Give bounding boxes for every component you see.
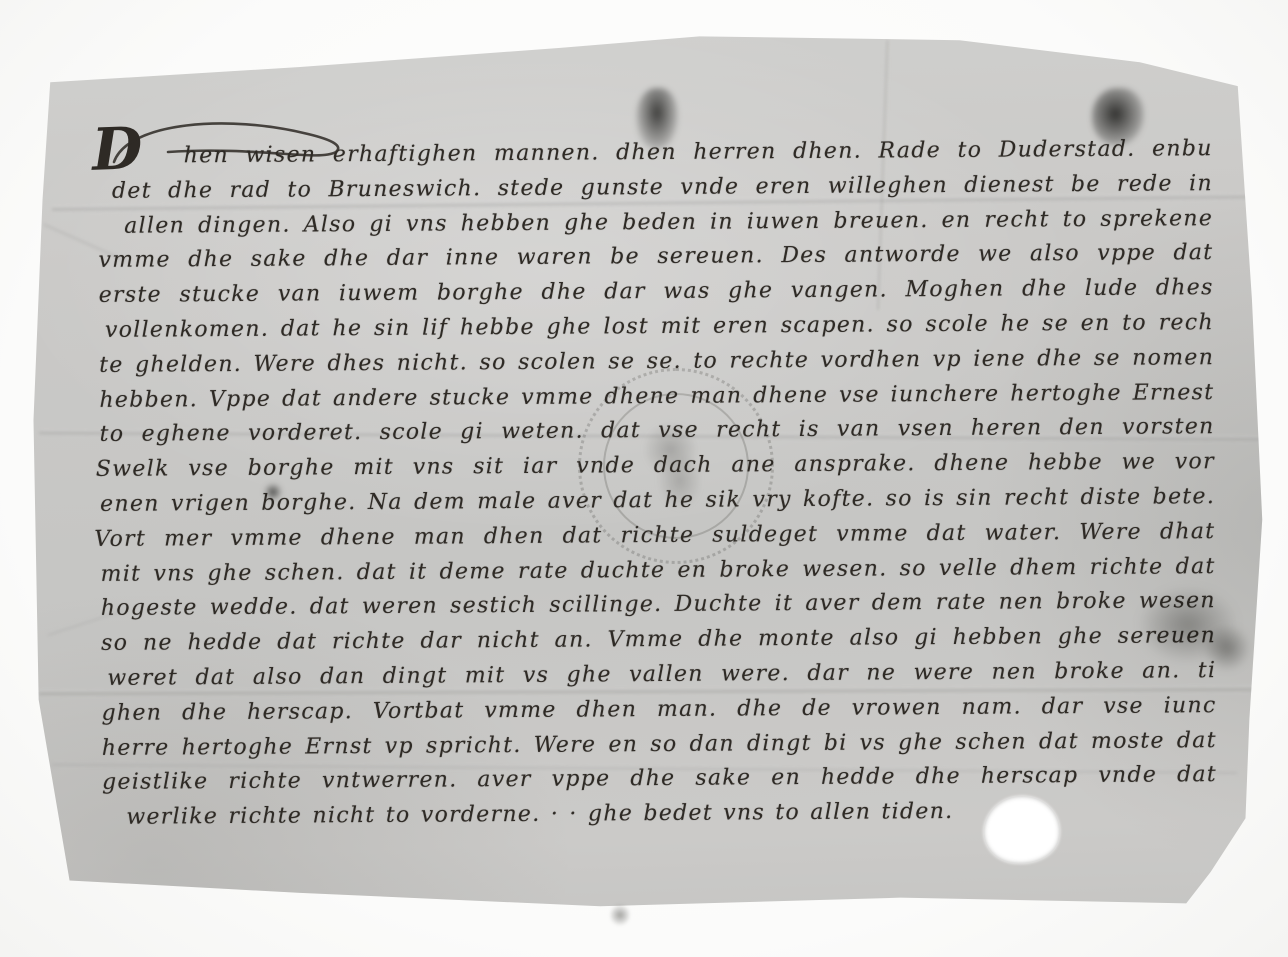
text-line: geistlike richte vntwerren. aver vppe dh…: [102, 758, 1217, 801]
photograph-of-charter: D hen wisen erhaftighen mannen. dhen her…: [0, 0, 1288, 957]
mark-bottom-center: [610, 904, 630, 926]
text-line: werlike richte nicht to vorderne. · · gh…: [126, 795, 929, 835]
manuscript-text: hen wisen erhaftighen mannen. dhen herre…: [98, 132, 1218, 836]
